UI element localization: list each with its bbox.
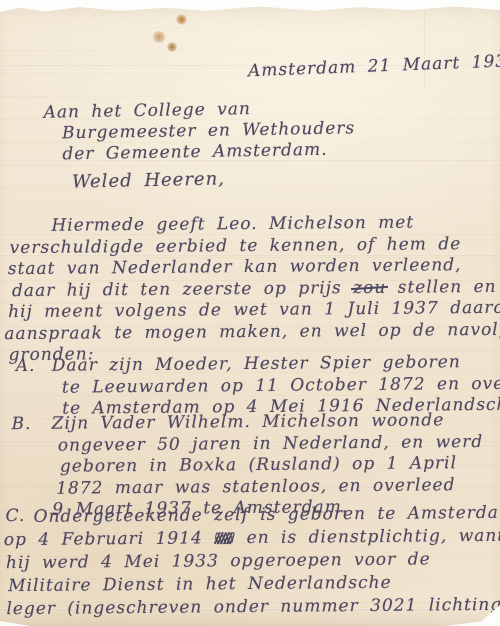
text-segment: leger (ingeschreven onder nummer 3021 li…	[6, 595, 500, 619]
text-segment: 1872 maar was statenloos, en overleed	[56, 475, 455, 498]
scribbled-out-word: xx	[214, 532, 235, 544]
list-item-label: B.	[12, 414, 32, 434]
text-segment: Militaire Dienst in het Nederlandsche	[8, 573, 392, 596]
text-segment: Daar zijn Moeder, Hester Spier geboren	[52, 352, 461, 376]
handwritten-line: aanspraak te mogen maken, en wel op de n…	[4, 319, 500, 345]
list-item-label: A.	[16, 356, 36, 376]
handwritten-line: hij werd 4 Mei 1933 opgeroepen voor de	[6, 548, 500, 575]
text-segment: Zijn Vader Wilhelm. Michelson woonde	[52, 410, 445, 433]
text-segment: op 4 Februari 1914	[4, 528, 215, 550]
letter-body: Hiermede geeft Leo. Michelson metverschu…	[0, 4, 500, 626]
letter-page: Amsterdam 21 Maart 1939. Aan het College…	[0, 4, 500, 626]
text-segment: stellen en	[386, 276, 496, 297]
text-segment: verschuldigde eerbied te kennen, of hem …	[10, 234, 462, 258]
list-item-label: C.	[6, 506, 26, 526]
text-segment: ongeveer 50 jaren in Nederland, en werd	[58, 431, 484, 455]
ground-c: C.Ondergeteekende zelf is geboren te Ams…	[0, 502, 500, 621]
text-segment: Hiermede geeft Leo. Michelson met	[51, 213, 414, 236]
struck-out-word: zou	[353, 277, 386, 297]
text-segment: staat van Nederlander kan worden verleen…	[8, 255, 462, 279]
text-segment: geboren in Boxka (Rusland) op 1 April	[60, 453, 457, 476]
text-segment: hij meent volgens de wet van 1 Juli 1937…	[8, 298, 500, 322]
scanned-letter-scene: Amsterdam 21 Maart 1939. Aan het College…	[0, 0, 500, 626]
text-segment: en is dienstplichtig, want	[235, 526, 500, 548]
handwritten-line: leger (ingeschreven onder nummer 3021 li…	[6, 594, 500, 621]
text-segment: daar hij dit ten zeerste op prijs	[12, 278, 353, 301]
text-segment: hij werd 4 Mei 1933 opgeroepen voor de	[6, 549, 431, 573]
opening-paragraph: Hiermede geeft Leo. Michelson metverschu…	[0, 212, 500, 367]
handwritten-line: 1872 maar was statenloos, en overleed	[56, 474, 500, 499]
text-segment: Ondergeteekende zelf is geboren te Amste…	[34, 503, 500, 527]
text-segment: te Leeuwarden op 11 October 1872 en over…	[62, 373, 500, 397]
text-segment: aanspraak te mogen maken, en wel op de n…	[4, 319, 500, 344]
